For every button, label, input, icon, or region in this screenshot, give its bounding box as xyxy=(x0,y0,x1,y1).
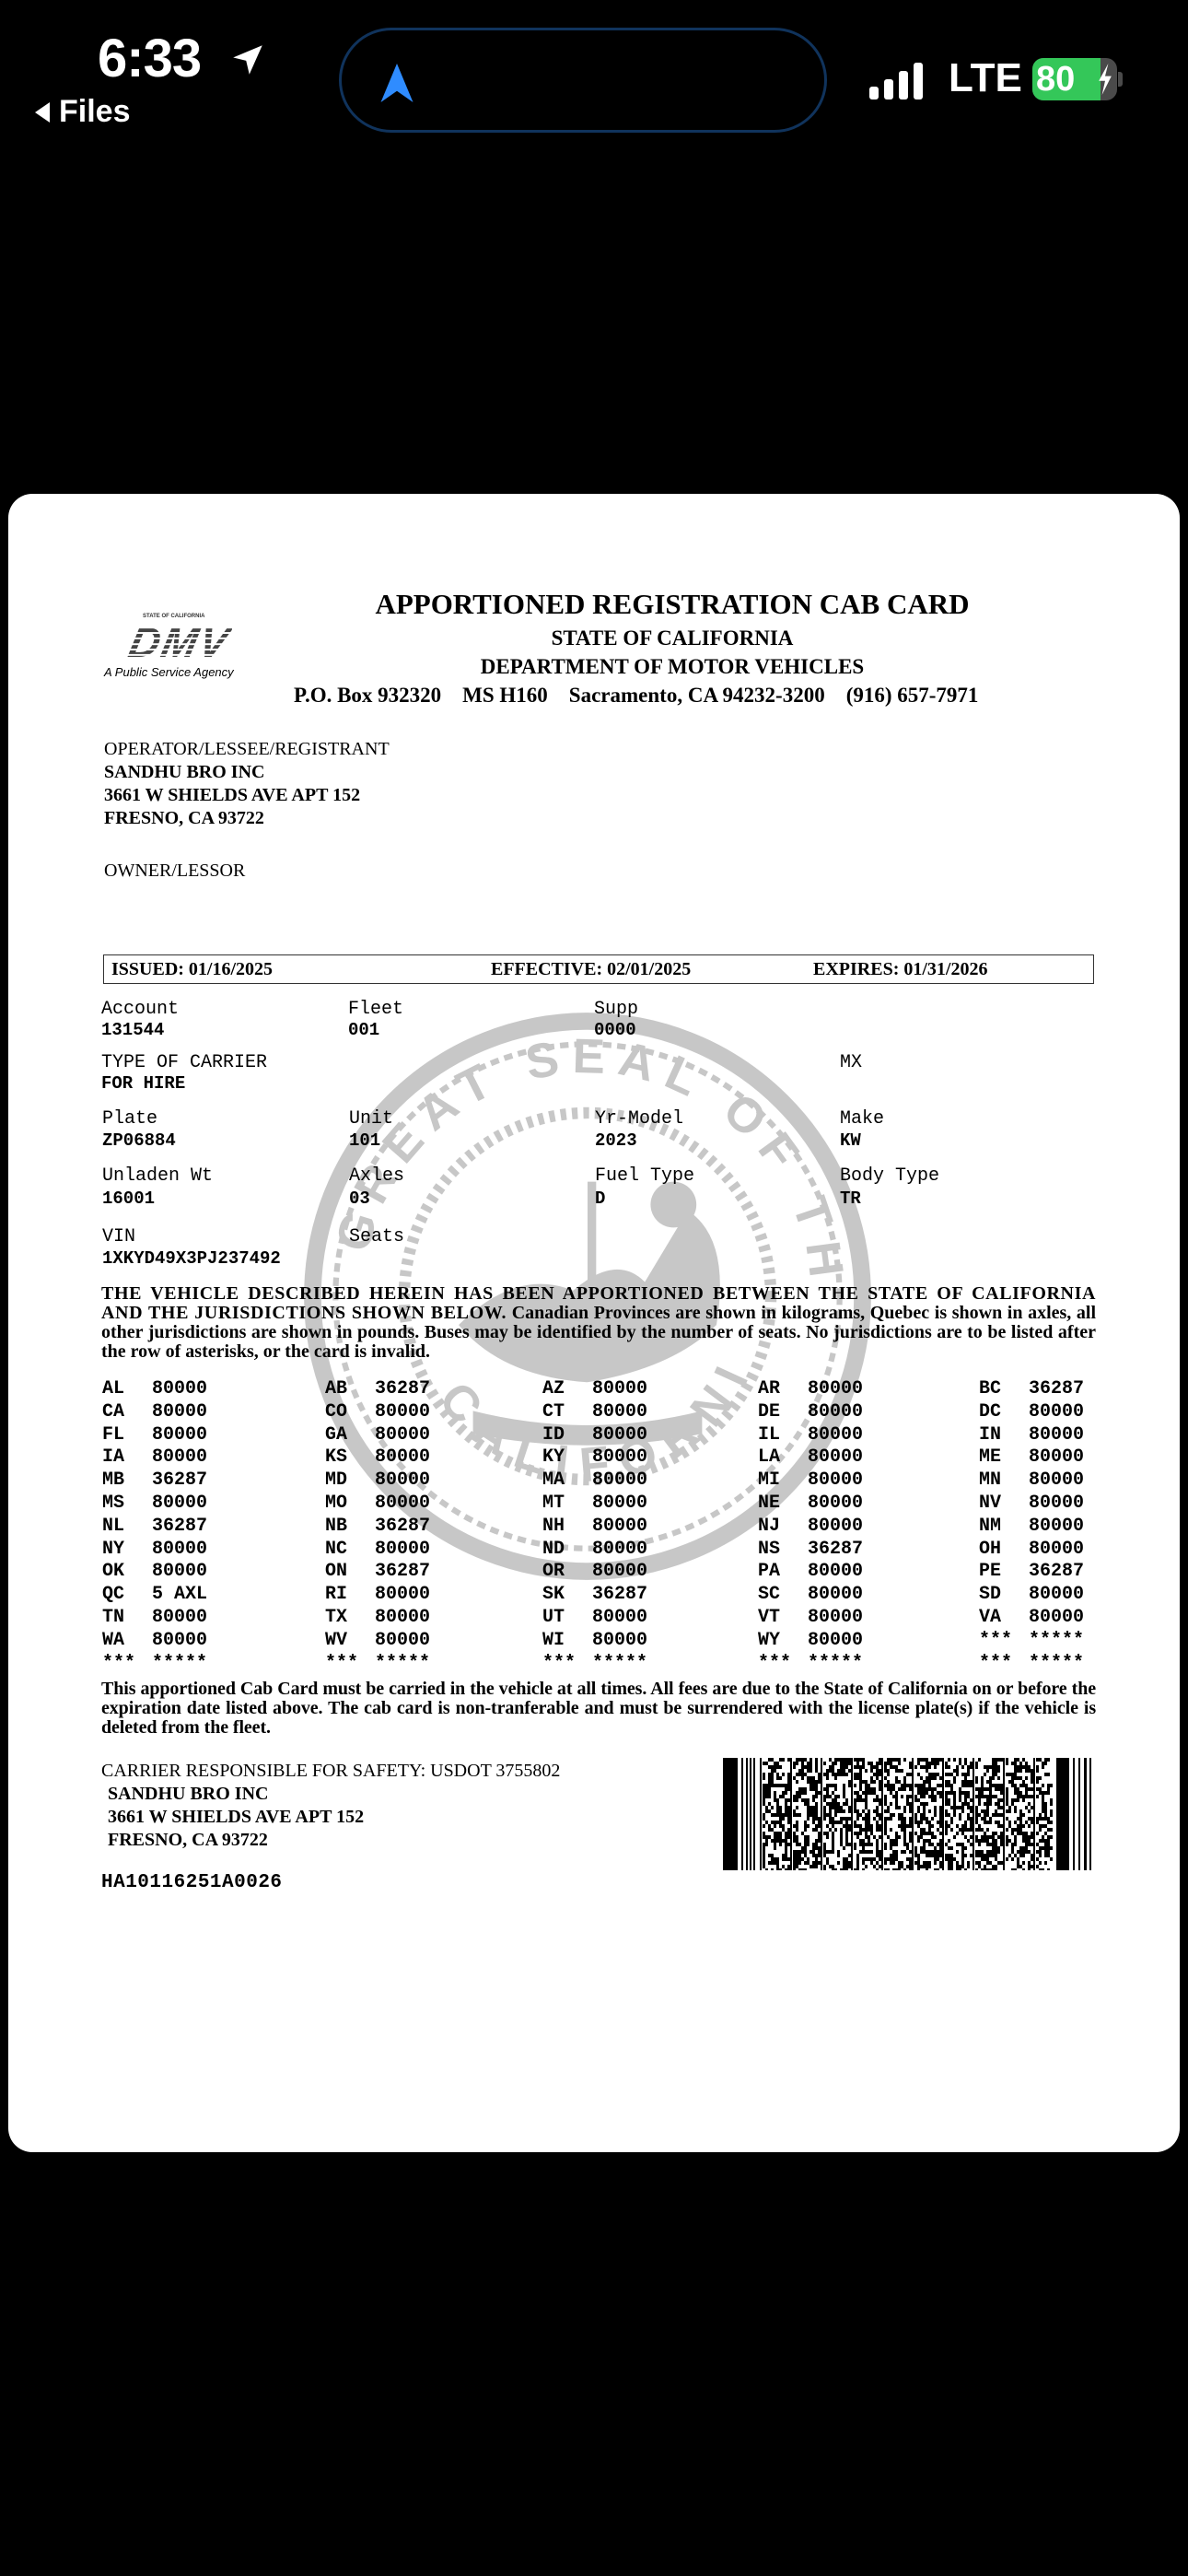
jurisdiction-code: WV xyxy=(325,1630,347,1651)
jurisdiction-weight: 80000 xyxy=(152,1446,207,1468)
jurisdiction-code: *** xyxy=(542,1653,576,1674)
jurisdiction-weight: 80000 xyxy=(1029,1401,1084,1423)
jurisdiction-code: IA xyxy=(102,1446,124,1468)
jurisdiction-code: IL xyxy=(758,1424,780,1446)
jurisdiction-row: NY80000NC80000ND80000NS36287OH80000 xyxy=(102,1539,1097,1561)
jurisdiction-code: AL xyxy=(102,1378,124,1399)
dynamic-island-navigation[interactable] xyxy=(339,28,827,133)
jurisdiction-weight: 80000 xyxy=(152,1607,207,1628)
jurisdiction-weight: 80000 xyxy=(152,1539,207,1560)
jurisdiction-code: TX xyxy=(325,1607,347,1628)
jurisdiction-weight: 80000 xyxy=(375,1469,430,1491)
document-viewer[interactable]: GREAT SEAL OF THE STATE CALIFORNIA STATE… xyxy=(8,494,1180,2152)
jurisdiction-weight: ***** xyxy=(592,1653,647,1674)
jurisdiction-weight: 80000 xyxy=(1029,1424,1084,1446)
make-label: Make xyxy=(840,1108,884,1130)
jurisdiction-weight: 80000 xyxy=(592,1539,647,1560)
jurisdiction-weight: 36287 xyxy=(152,1516,207,1537)
jurisdiction-weight: ***** xyxy=(1029,1653,1084,1674)
jurisdiction-code: NM xyxy=(979,1516,1001,1537)
carry-notice: This apportioned Cab Card must be carrie… xyxy=(101,1680,1096,1738)
jurisdiction-code: KS xyxy=(325,1446,347,1468)
jurisdiction-row: **************************************** xyxy=(102,1653,1097,1675)
jurisdiction-weight: 80000 xyxy=(375,1584,430,1605)
jurisdiction-weight: 80000 xyxy=(808,1378,863,1399)
jurisdiction-weight: 36287 xyxy=(592,1584,647,1605)
jurisdiction-code: NY xyxy=(102,1539,124,1560)
yr-model-label: Yr-Model xyxy=(595,1108,683,1130)
safety-carrier-city: FRESNO, CA 93722 xyxy=(108,1829,268,1852)
jurisdiction-weight: 80000 xyxy=(375,1630,430,1651)
jurisdiction-row: QC5 AXLRI80000SK36287SC80000SD80000 xyxy=(102,1584,1097,1606)
jurisdiction-code: WA xyxy=(102,1630,124,1651)
jurisdiction-code: ID xyxy=(542,1424,565,1446)
jurisdiction-code: NL xyxy=(102,1516,124,1537)
vin-value: 1XKYD49X3PJ237492 xyxy=(102,1248,281,1269)
jurisdiction-code: CA xyxy=(102,1401,124,1423)
jurisdiction-code: MA xyxy=(542,1469,565,1491)
jurisdiction-weight: 36287 xyxy=(375,1561,430,1582)
jurisdiction-weight: 80000 xyxy=(375,1446,430,1468)
carrier-type-value: FOR HIRE xyxy=(101,1073,185,1094)
jurisdiction-code: NS xyxy=(758,1539,780,1560)
mx-label: MX xyxy=(840,1052,862,1073)
jurisdiction-code: MT xyxy=(542,1493,565,1514)
jurisdiction-code: RI xyxy=(325,1584,347,1605)
jurisdiction-code: *** xyxy=(758,1653,791,1674)
jurisdiction-code: FL xyxy=(102,1424,124,1446)
jurisdiction-code: IN xyxy=(979,1424,1001,1446)
jurisdiction-weight: 80000 xyxy=(592,1469,647,1491)
jurisdiction-code: WY xyxy=(758,1630,780,1651)
account-value: 131544 xyxy=(101,1020,164,1040)
owner-lessor-label: OWNER/LESSOR xyxy=(104,861,245,882)
jurisdiction-code: SC xyxy=(758,1584,780,1605)
cellular-signal-icon xyxy=(869,61,923,100)
jurisdiction-weight: 80000 xyxy=(1029,1493,1084,1514)
jurisdiction-weight: 80000 xyxy=(1029,1469,1084,1491)
jurisdiction-weight: 36287 xyxy=(808,1539,863,1560)
location-arrow-icon xyxy=(228,41,267,79)
unladen-wt-label: Unladen Wt xyxy=(102,1165,213,1187)
fuel-type-value: D xyxy=(595,1188,605,1209)
jurisdiction-weight: 80000 xyxy=(1029,1516,1084,1537)
charging-bolt-icon xyxy=(1097,64,1113,95)
jurisdiction-weight: 80000 xyxy=(808,1446,863,1468)
battery-icon: 80 xyxy=(1032,58,1117,100)
back-triangle-icon xyxy=(35,102,50,123)
jurisdiction-code: ON xyxy=(325,1561,347,1582)
jurisdiction-code: MS xyxy=(102,1493,124,1514)
axles-value: 03 xyxy=(349,1188,370,1209)
jurisdiction-code: AB xyxy=(325,1378,347,1399)
supp-label: Supp xyxy=(594,999,638,1020)
body-type-label: Body Type xyxy=(840,1165,939,1187)
jurisdiction-weight: 36287 xyxy=(1029,1378,1084,1399)
jurisdiction-row: WA80000WV80000WI80000WY80000******** xyxy=(102,1630,1097,1652)
jurisdiction-row: MS80000MO80000MT80000NE80000NV80000 xyxy=(102,1493,1097,1515)
jurisdiction-row: TN80000TX80000UT80000VT80000VA80000 xyxy=(102,1607,1097,1629)
jurisdiction-weight: 80000 xyxy=(152,1424,207,1446)
jurisdiction-weight: 80000 xyxy=(375,1539,430,1560)
battery-nub xyxy=(1118,72,1123,87)
jurisdiction-code: SK xyxy=(542,1584,565,1605)
state-heading: STATE OF CALIFORNIA xyxy=(8,626,1180,650)
jurisdiction-code: DE xyxy=(758,1401,780,1423)
jurisdiction-weight: 80000 xyxy=(592,1493,647,1514)
navigation-arrow-icon xyxy=(379,64,415,102)
jurisdiction-weight: 80000 xyxy=(808,1516,863,1537)
jurisdiction-weight: ***** xyxy=(808,1653,863,1674)
jurisdiction-code: NV xyxy=(979,1493,1001,1514)
pdf417-barcode-icon xyxy=(723,1758,1095,1870)
fleet-label: Fleet xyxy=(348,999,403,1020)
clock-time: 6:33 xyxy=(98,28,201,89)
jurisdiction-code: UT xyxy=(542,1607,565,1628)
jurisdiction-weight: 80000 xyxy=(808,1401,863,1423)
department-address: P.O. Box 932320 MS H160 Sacramento, CA 9… xyxy=(294,684,978,708)
jurisdiction-weight: 80000 xyxy=(808,1469,863,1491)
jurisdiction-code: VA xyxy=(979,1607,1001,1628)
registrant-street: 3661 W SHIELDS AVE APT 152 xyxy=(104,784,360,807)
jurisdiction-code: OH xyxy=(979,1539,1001,1560)
document-title: APPORTIONED REGISTRATION CAB CARD xyxy=(8,588,1180,621)
jurisdiction-code: *** xyxy=(325,1653,358,1674)
jurisdiction-code: TN xyxy=(102,1607,124,1628)
jurisdiction-weight: 80000 xyxy=(592,1446,647,1468)
make-value: KW xyxy=(840,1130,861,1151)
jurisdiction-weight: 36287 xyxy=(152,1469,207,1491)
jurisdiction-code: MB xyxy=(102,1469,124,1491)
jurisdiction-code: VT xyxy=(758,1607,780,1628)
jurisdiction-weight: 80000 xyxy=(375,1401,430,1423)
jurisdiction-code: AR xyxy=(758,1378,780,1399)
carrier-type-label: TYPE OF CARRIER xyxy=(101,1052,267,1073)
jurisdiction-weight: 80000 xyxy=(592,1378,647,1399)
jurisdiction-weight: 80000 xyxy=(808,1584,863,1605)
cab-card-document: GREAT SEAL OF THE STATE CALIFORNIA STATE… xyxy=(8,494,1180,2152)
fleet-value: 001 xyxy=(348,1020,379,1040)
registration-dates-box: ISSUED: 01/16/2025 EFFECTIVE: 02/01/2025… xyxy=(103,954,1094,984)
jurisdiction-code: NJ xyxy=(758,1516,780,1537)
jurisdiction-row: OK80000ON36287OR80000PA80000PE36287 xyxy=(102,1561,1097,1583)
jurisdiction-weight: 80000 xyxy=(592,1630,647,1651)
jurisdiction-weight: 80000 xyxy=(808,1630,863,1651)
issued-date: ISSUED: 01/16/2025 xyxy=(111,959,273,980)
jurisdiction-code: CT xyxy=(542,1401,565,1423)
jurisdiction-code: ND xyxy=(542,1539,565,1560)
jurisdiction-weight: ***** xyxy=(375,1653,430,1674)
jurisdiction-code: CO xyxy=(325,1401,347,1423)
jurisdiction-code: LA xyxy=(758,1446,780,1468)
jurisdiction-row: FL80000GA80000ID80000IL80000IN80000 xyxy=(102,1424,1097,1446)
registrant-name: SANDHU BRO INC xyxy=(104,761,264,784)
jurisdiction-weight: 80000 xyxy=(592,1607,647,1628)
jurisdiction-weight: 5 AXL xyxy=(152,1584,207,1605)
jurisdiction-code: PA xyxy=(758,1561,780,1582)
jurisdiction-row: IA80000KS80000KY80000LA80000ME80000 xyxy=(102,1446,1097,1469)
jurisdiction-code: PE xyxy=(979,1561,1001,1582)
safety-carrier-name: SANDHU BRO INC xyxy=(108,1783,268,1806)
back-label: Files xyxy=(59,94,130,130)
jurisdiction-weight: 80000 xyxy=(592,1561,647,1582)
effective-date: EFFECTIVE: 02/01/2025 xyxy=(491,959,691,980)
fuel-type-label: Fuel Type xyxy=(595,1165,694,1187)
jurisdiction-code: *** xyxy=(979,1653,1012,1674)
jurisdiction-code: QC xyxy=(102,1584,124,1605)
jurisdiction-weight: 80000 xyxy=(1029,1539,1084,1560)
jurisdiction-weight: 80000 xyxy=(1029,1584,1084,1605)
jurisdiction-code: MN xyxy=(979,1469,1001,1491)
jurisdiction-code: NC xyxy=(325,1539,347,1560)
network-type: LTE xyxy=(949,55,1022,101)
jurisdiction-weight: 80000 xyxy=(152,1493,207,1514)
registrant-label: OPERATOR/LESSEE/REGISTRANT xyxy=(104,739,390,760)
jurisdiction-code: NH xyxy=(542,1516,565,1537)
jurisdiction-code: *** xyxy=(102,1653,135,1674)
safety-carrier-street: 3661 W SHIELDS AVE APT 152 xyxy=(108,1806,364,1829)
jurisdiction-weight: ***** xyxy=(152,1653,207,1674)
jurisdiction-code: *** xyxy=(979,1630,1012,1651)
jurisdiction-weight: 80000 xyxy=(375,1607,430,1628)
jurisdiction-weight: 36287 xyxy=(375,1516,430,1537)
supp-value: 0000 xyxy=(594,1020,636,1040)
jurisdiction-weight: 80000 xyxy=(592,1401,647,1423)
jurisdiction-code: BC xyxy=(979,1378,1001,1399)
jurisdiction-weight: 80000 xyxy=(808,1493,863,1514)
jurisdiction-weight: 80000 xyxy=(808,1424,863,1446)
jurisdiction-weight: 36287 xyxy=(1029,1561,1084,1582)
body-type-value: TR xyxy=(840,1188,861,1209)
expires-date: EXPIRES: 01/31/2026 xyxy=(813,959,987,980)
jurisdiction-weight: ***** xyxy=(1029,1630,1084,1651)
jurisdiction-row: CA80000CO80000CT80000DE80000DC80000 xyxy=(102,1401,1097,1423)
jurisdiction-code: NB xyxy=(325,1516,347,1537)
jurisdiction-code: WI xyxy=(542,1630,565,1651)
jurisdiction-weight: 80000 xyxy=(152,1561,207,1582)
jurisdiction-weight: 80000 xyxy=(1029,1607,1084,1628)
jurisdiction-code: OK xyxy=(102,1561,124,1582)
jurisdiction-weight: 80000 xyxy=(592,1424,647,1446)
jurisdiction-weight: 80000 xyxy=(152,1378,207,1399)
jurisdiction-weight: 80000 xyxy=(375,1424,430,1446)
plate-value: ZP06884 xyxy=(102,1130,176,1151)
jurisdiction-code: NE xyxy=(758,1493,780,1514)
unladen-wt-value: 16001 xyxy=(102,1188,155,1209)
seats-label: Seats xyxy=(349,1226,404,1247)
axles-label: Axles xyxy=(349,1165,404,1187)
jurisdiction-code: KY xyxy=(542,1446,565,1468)
battery-level: 80 xyxy=(1036,60,1075,100)
jurisdiction-code: MO xyxy=(325,1493,347,1514)
jurisdiction-row: NL36287NB36287NH80000NJ80000NM80000 xyxy=(102,1516,1097,1538)
jurisdiction-code: MI xyxy=(758,1469,780,1491)
jurisdiction-weight: 80000 xyxy=(592,1516,647,1537)
department-heading: DEPARTMENT OF MOTOR VEHICLES xyxy=(8,655,1180,679)
jurisdiction-row: AL80000AB36287AZ80000AR80000BC36287 xyxy=(102,1378,1097,1400)
jurisdiction-code: SD xyxy=(979,1584,1001,1605)
jurisdiction-code: ME xyxy=(979,1446,1001,1468)
jurisdiction-code: MD xyxy=(325,1469,347,1491)
safety-carrier-label: CARRIER RESPONSIBLE FOR SAFETY: USDOT 37… xyxy=(101,1761,560,1782)
account-label: Account xyxy=(101,999,179,1020)
jurisdiction-weight: 80000 xyxy=(152,1630,207,1651)
unit-label: Unit xyxy=(349,1108,393,1130)
jurisdiction-code: OR xyxy=(542,1561,565,1582)
jurisdiction-weight: 80000 xyxy=(152,1401,207,1423)
unit-value: 101 xyxy=(349,1130,380,1151)
jurisdiction-weight: 80000 xyxy=(808,1561,863,1582)
registrant-city: FRESNO, CA 93722 xyxy=(104,807,264,830)
vin-label: VIN xyxy=(102,1226,135,1247)
jurisdiction-code: AZ xyxy=(542,1378,565,1399)
jurisdiction-weight: 80000 xyxy=(375,1493,430,1514)
yr-model-value: 2023 xyxy=(595,1130,637,1151)
jurisdiction-weight: 80000 xyxy=(808,1607,863,1628)
jurisdiction-weight: 36287 xyxy=(375,1378,430,1399)
control-number: HA10116251A0026 xyxy=(101,1872,283,1893)
jurisdiction-code: GA xyxy=(325,1424,347,1446)
back-to-files-button[interactable]: Files xyxy=(35,94,130,130)
apportionment-notice: THE VEHICLE DESCRIBED HEREIN HAS BEEN AP… xyxy=(101,1284,1096,1362)
jurisdiction-row: MB36287MD80000MA80000MI80000MN80000 xyxy=(102,1469,1097,1492)
jurisdiction-code: DC xyxy=(979,1401,1001,1423)
jurisdiction-weight: 80000 xyxy=(1029,1446,1084,1468)
plate-label: Plate xyxy=(102,1108,157,1130)
